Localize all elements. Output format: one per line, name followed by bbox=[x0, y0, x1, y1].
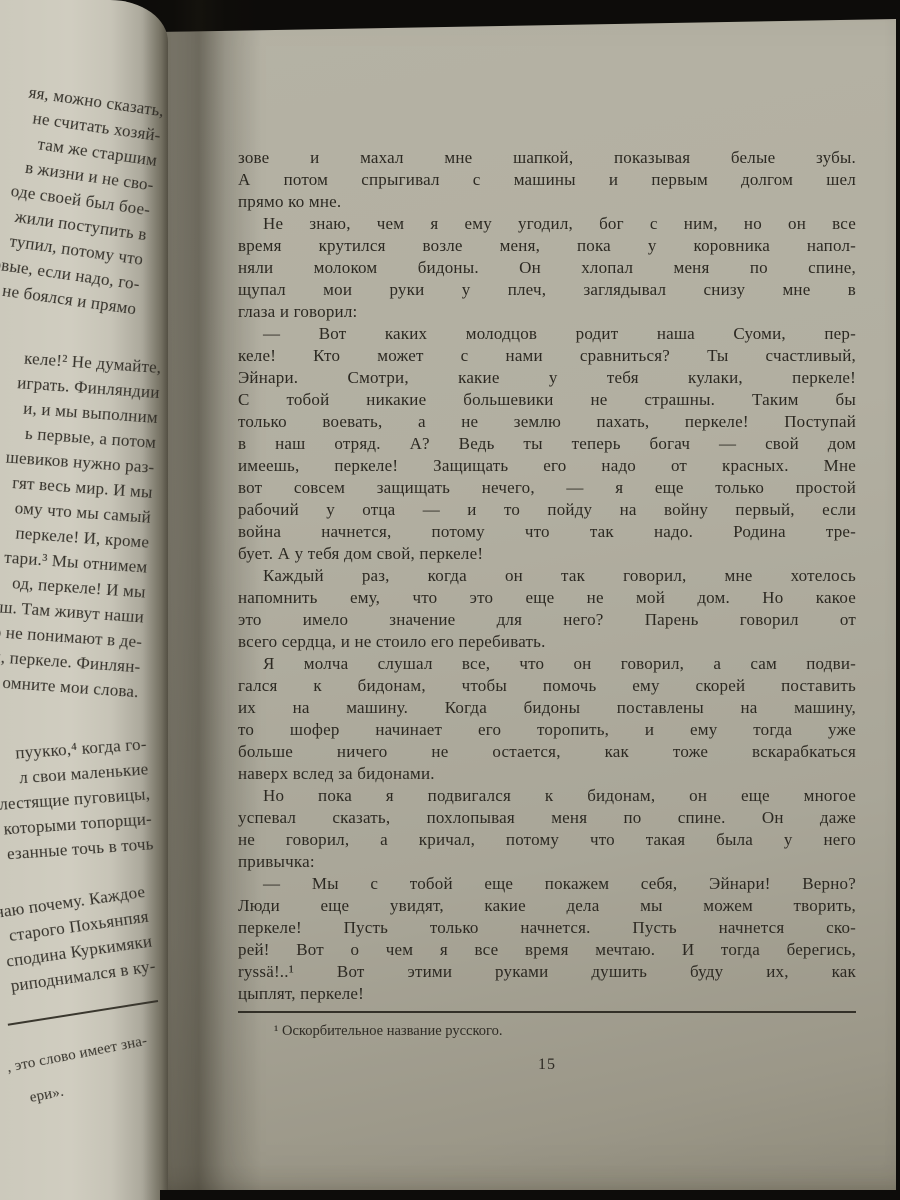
text-line: щупал мои руки у плеч, заглядывал снизу … bbox=[238, 279, 856, 301]
text-line: перкеле! Пусть только начнется. Пусть на… bbox=[238, 917, 856, 939]
text-line: гался к бидонам, чтобы помочь ему скорей… bbox=[238, 675, 856, 697]
right-page: зове и махал мне шапкой, показывая белые… bbox=[160, 0, 896, 1191]
left-page-text-block: келе!² Не думайте, играть. Финляндии и, … bbox=[0, 345, 168, 706]
text-line: — Мы с тобой еще покажем себя, Эйнари! В… bbox=[238, 873, 856, 895]
text-line: прямо ко мне. bbox=[238, 191, 856, 213]
text-line: больше ничего не остается, как тоже вска… bbox=[238, 741, 856, 763]
text-line: только воевать, а не землю пахать, перке… bbox=[238, 411, 856, 433]
left-footnote-line-text: ери». bbox=[27, 1075, 67, 1115]
left-page-footnote-block: , это слово имеет зна- ери». bbox=[0, 1021, 168, 1120]
text-line: привычка: bbox=[238, 851, 856, 873]
text-line: рей! Вот о чем я все время мечтаю. И тог… bbox=[238, 939, 856, 961]
left-page-text-block: наю почему. Каждое старого Похьянпяя спо… bbox=[0, 876, 168, 998]
text-line: то шофер начинает его торопить, и ему то… bbox=[238, 719, 856, 741]
text-line: это имело значение для него? Парень гово… bbox=[238, 609, 856, 631]
text-line: цыплят, перкеле! bbox=[238, 983, 856, 1005]
text-line: зове и махал мне шапкой, показывая белые… bbox=[238, 147, 856, 169]
text-line: Не знаю, чем я ему угодил, бог с ним, но… bbox=[238, 213, 856, 235]
text-line: ryssä!..¹ Вот этими руками душить буду и… bbox=[238, 961, 856, 983]
text-line: Я молча слушал все, что он говорил, а са… bbox=[238, 653, 856, 675]
text-line: бует. А у тебя дом свой, перкеле! bbox=[238, 543, 856, 565]
page-number: 15 bbox=[238, 1056, 856, 1074]
text-line: время крутился возле меня, пока у коровн… bbox=[238, 235, 856, 257]
text-line: война начнется, потому что так надо. Род… bbox=[238, 521, 856, 543]
text-line: няли молоком бидоны. Он хлопал меня по с… bbox=[238, 257, 856, 279]
footnote-text: ¹ Оскорбительное название русского. bbox=[238, 1022, 856, 1041]
text-line: рабочий у отца — и то пойду на войну пер… bbox=[238, 499, 856, 521]
text-line: их на машину. Когда бидоны поставлены на… bbox=[238, 697, 856, 719]
text-line: С тобой никакие большевики не страшны. Т… bbox=[238, 389, 856, 411]
text-line: Люди еще увидят, какие дела мы можем тво… bbox=[238, 895, 856, 917]
text-line: Эйнари. Смотри, какие у тебя кулаки, пер… bbox=[238, 367, 856, 389]
text-line: наверх вслед за бидонами. bbox=[238, 763, 856, 785]
footnote-rule bbox=[238, 1011, 856, 1013]
text-line: Каждый раз, когда он так говорил, мне хо… bbox=[238, 565, 856, 587]
text-line: всего сердца, и не стоило его перебивать… bbox=[238, 631, 856, 653]
text-line: келе! Кто может с нами сравниться? Ты сч… bbox=[238, 345, 856, 367]
left-page: яя, можно сказать, не считать хозяй- там… bbox=[0, 0, 168, 1200]
right-page-text-column: зове и махал мне шапкой, показывая белые… bbox=[238, 147, 856, 1074]
text-line: глаза и говорил: bbox=[238, 301, 856, 323]
text-line: напомнить ему, что это еще не мой дом. Н… bbox=[238, 587, 856, 609]
bottom-edge-shadow bbox=[160, 1190, 900, 1200]
text-line: А потом спрыгивал с машины и первым долг… bbox=[238, 169, 856, 191]
left-footnote-rule bbox=[8, 1000, 158, 1026]
open-book-photo: зове и махал мне шапкой, показывая белые… bbox=[0, 0, 900, 1200]
left-page-text-block: яя, можно сказать, не считать хозяй- там… bbox=[0, 78, 168, 324]
text-line: — Вот каких молодцов родит наша Суоми, п… bbox=[238, 323, 856, 345]
text-line: имеешь, перкеле! Защищать его надо от кр… bbox=[238, 455, 856, 477]
text-line: вот совсем защищать нечего, — я еще толь… bbox=[238, 477, 856, 499]
text-line: успевал сказать, похлопывая меня по спин… bbox=[238, 807, 856, 829]
text-line: в наш отряд. А? Ведь ты теперь богач — с… bbox=[238, 433, 856, 455]
text-line: Но пока я подвигался к бидонам, он еще м… bbox=[238, 785, 856, 807]
text-line: не говорил, а кричал, потому что такая б… bbox=[238, 829, 856, 851]
left-page-text-block: пуукко,⁴ когда го- л свои маленькие лест… bbox=[0, 730, 168, 866]
